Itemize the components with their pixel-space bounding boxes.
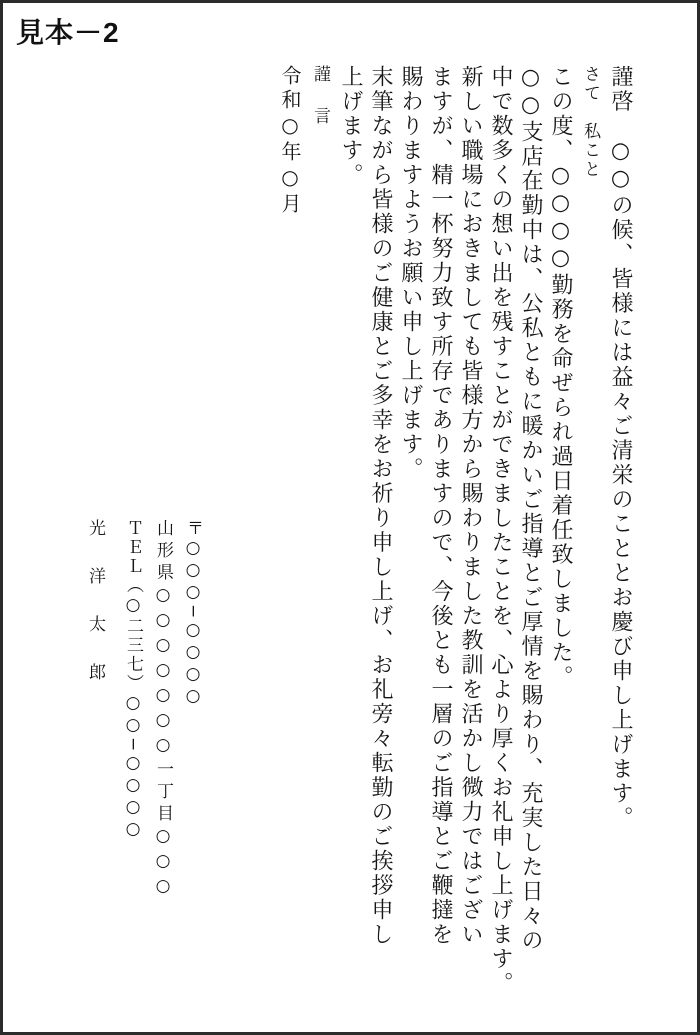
sample-label: 見本－2 <box>16 11 120 51</box>
letter-date: 令和○年○月 <box>275 65 305 1017</box>
letter-line: ますが、精一杯努力致す所存でありますので、今後とも一層のご指導とご鞭撻を <box>425 65 455 1017</box>
letter-line: 末筆ながら皆様のご健康とご多幸をお祈り申し上げ、お礼旁々転勤のご挨拶申し <box>365 65 395 1017</box>
letter-line-transition: さて 私こと <box>575 65 605 1017</box>
letter-closing-word: 謹 言 <box>305 65 335 1017</box>
sender-block: 〒○○○−○○○○ 山形県○○○○○○○一丁目○○○ ＴＥＬ（○二三七）○○−○… <box>58 519 208 1019</box>
sender-phone: ＴＥＬ（○二三七）○○−○○○○ <box>118 519 148 1019</box>
letter-line: 新しい職場におきましても皆様方から賜わりました教訓を活かし微力ではござい <box>455 65 485 1017</box>
letter-line-opening: 謹啓 ○○の候、皆様には益々ご清栄のこととお慶び申し上げます。 <box>605 65 635 1017</box>
sender-name: 光 洋 太 郎 <box>72 519 118 1019</box>
letter-line: 中で数多くの想い出を残すことができましたことを、心より厚くお礼申し上げます。 <box>485 65 515 1017</box>
sender-postal-code: 〒○○○−○○○○ <box>178 519 208 1019</box>
letter-page: 見本－2 謹啓 ○○の候、皆様には益々ご清栄のこととお慶び申し上げます。 さて … <box>0 0 700 1035</box>
letter-line: この度、○○○○勤務を命ぜられ過日着任致しました。 <box>545 65 575 1017</box>
letter-body: 謹啓 ○○の候、皆様には益々ご清栄のこととお慶び申し上げます。 さて 私こと こ… <box>275 65 635 1017</box>
letter-line: ○○支店在勤中は、公私ともに暖かいご指導とご厚情を賜わり、充実した日々の <box>515 65 545 1017</box>
letter-line: 賜わりますようお願い申し上げます。 <box>395 65 425 1017</box>
letter-line: 上げます。 <box>335 65 365 1017</box>
sender-address: 山形県○○○○○○○一丁目○○○ <box>148 519 178 1019</box>
